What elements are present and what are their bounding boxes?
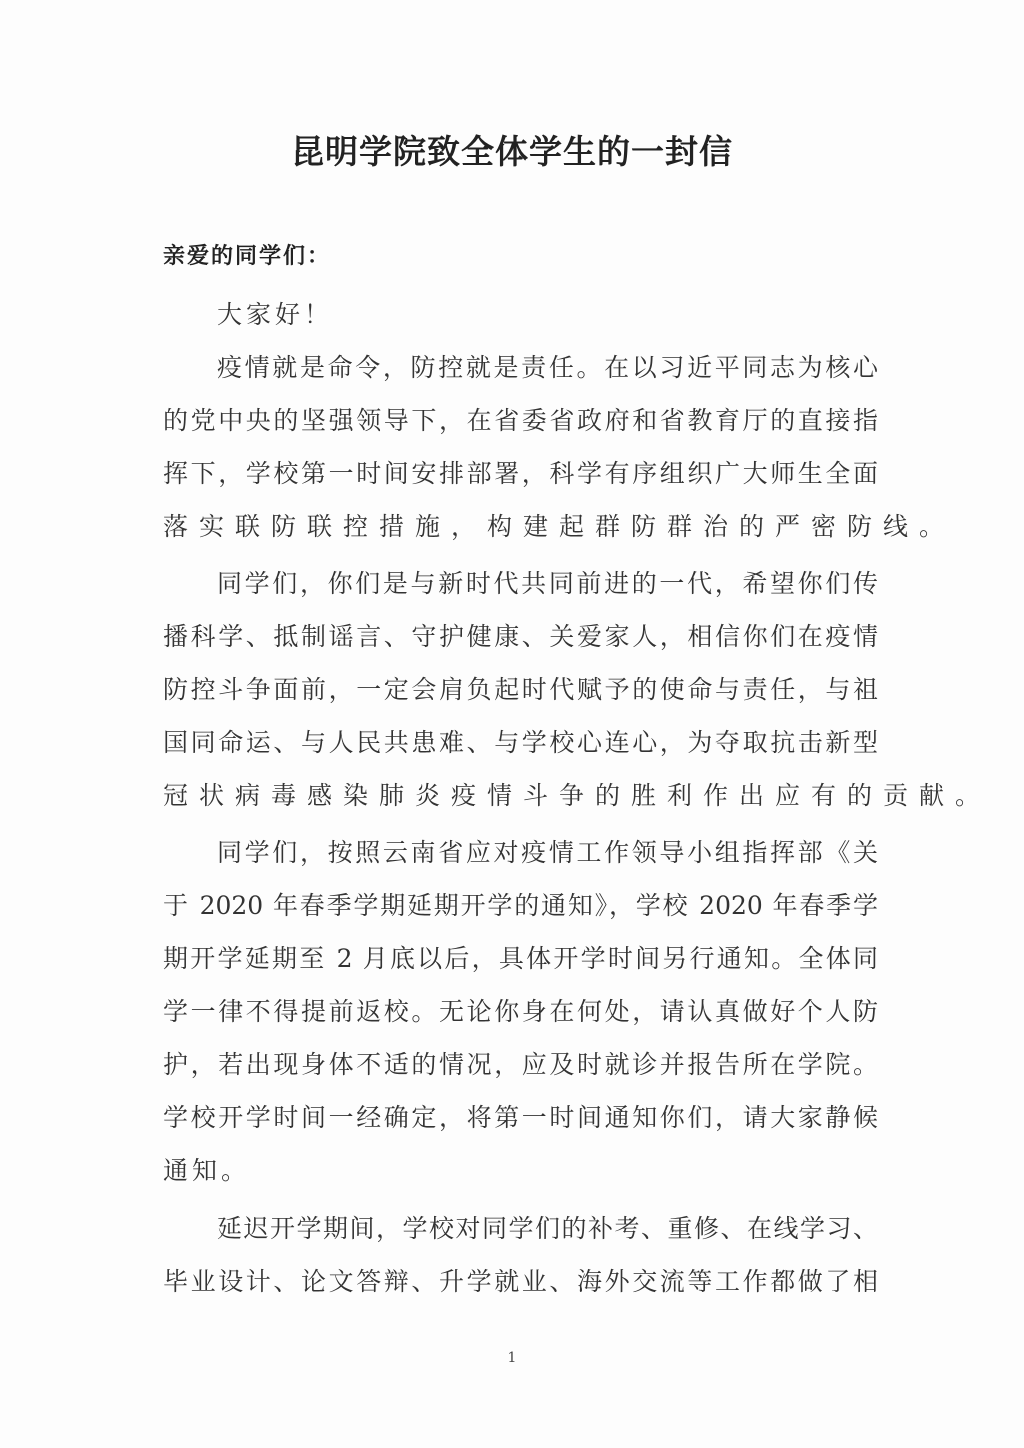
paragraph-line: 挥下，学校第一时间安排部署，科学有序组织广大师生全面 <box>163 455 878 493</box>
paragraph-line: 期开学延期至 2 月底以后，具体开学时间另行通知。全体同 <box>163 940 878 978</box>
paragraph-line: 播科学、抵制谣言、守护健康、关爱家人，相信你们在疫情 <box>163 618 878 656</box>
paragraph-line: 护，若出现身体不适的情况，应及时就诊并报告所在学院。 <box>163 1046 878 1084</box>
document-title: 昆明学院致全体学生的一封信 <box>0 126 1024 178</box>
paragraph-line: 国同命运、与人民共患难、与学校心连心，为夺取抗击新型 <box>163 724 878 762</box>
paragraph-line: 冠状病毒感染肺炎疫情斗争的胜利作出应有的贡献。 <box>163 777 878 815</box>
paragraph-line: 同学们，按照云南省应对疫情工作领导小组指挥部《关 <box>217 834 878 872</box>
page-number: 1 <box>0 1350 1024 1366</box>
paragraph-line: 防控斗争面前，一定会肩负起时代赋予的使命与责任，与祖 <box>163 671 878 709</box>
paragraph-line: 于 2020 年春季学期延期开学的通知》，学校 2020 年春季学 <box>163 887 878 925</box>
paragraph-line: 通知。 <box>163 1152 878 1190</box>
paragraph-line: 落实联防联控措施，构建起群防群治的严密防线。 <box>163 508 878 546</box>
paragraph-line: 学一律不得提前返校。无论你身在何处，请认真做好个人防 <box>163 993 878 1031</box>
paragraph-line: 大家好！ <box>217 296 878 334</box>
document-page: 昆明学院致全体学生的一封信 亲爱的同学们： 大家好！疫情就是命令，防控就是责任。… <box>0 0 1024 1448</box>
paragraph-line: 学校开学时间一经确定，将第一时间通知你们，请大家静候 <box>163 1099 878 1137</box>
paragraph-line: 毕业设计、论文答辩、升学就业、海外交流等工作都做了相 <box>163 1263 878 1301</box>
paragraph-line: 疫情就是命令，防控就是责任。在以习近平同志为核心 <box>217 349 878 387</box>
salutation: 亲爱的同学们： <box>163 238 331 274</box>
paragraph-line: 的党中央的坚强领导下，在省委省政府和省教育厅的直接指 <box>163 402 878 440</box>
paragraph-line: 同学们，你们是与新时代共同前进的一代，希望你们传 <box>217 565 878 603</box>
paragraph-line: 延迟开学期间，学校对同学们的补考、重修、在线学习、 <box>217 1210 878 1248</box>
